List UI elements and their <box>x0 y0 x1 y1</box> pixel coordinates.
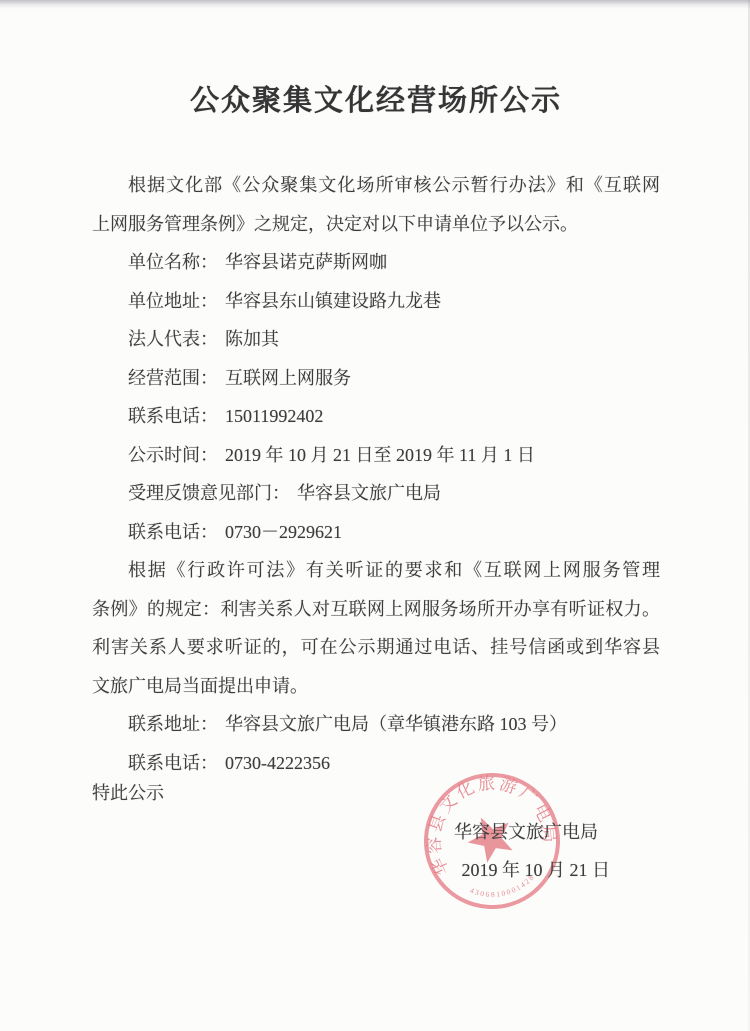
field-value: 华容县诺克萨斯网咖 <box>225 252 387 272</box>
field-value: 0730-4222356 <box>225 753 330 773</box>
field-value: 互联网上网服务 <box>225 368 351 388</box>
signature-date: 2019 年 10 月 21 日 <box>92 851 610 890</box>
field-value: 0730－2929621 <box>225 522 342 542</box>
field-legal-representative: 法人代表：陈加其 <box>92 320 660 359</box>
field-unit-address: 单位地址：华容县东山镇建设路九龙巷 <box>92 282 660 321</box>
field-feedback-department: 受理反馈意见部门：华容县文旅广电局 <box>92 474 660 513</box>
field-label: 联系电话： <box>128 753 218 773</box>
field-label: 公示时间： <box>128 445 218 465</box>
field-label: 联系电话： <box>128 406 218 426</box>
hearing-line: 条例》的规定：利害关系人对互联网上网服务场所开办享有听证权力。 <box>92 590 660 629</box>
field-label: 单位名称： <box>128 252 218 272</box>
field-publicity-period: 公示时间：2019 年 10 月 21 日至 2019 年 11 月 1 日 <box>92 436 660 475</box>
hearing-line: 根据《行政许可法》有关听证的要求和《互联网上网服务管理 <box>92 551 660 590</box>
scan-top-shadow <box>0 0 750 9</box>
field-label: 经营范围： <box>128 368 218 388</box>
field-business-scope: 经营范围：互联网上网服务 <box>92 359 660 398</box>
field-value: 华容县东山镇建设路九龙巷 <box>225 291 441 311</box>
field-label: 受理反馈意见部门： <box>128 483 290 503</box>
field-value: 华容县文旅广电局 <box>297 483 441 503</box>
field-contact-address: 联系地址：华容县文旅广电局（章华镇港东路 103 号） <box>92 705 660 744</box>
field-label: 联系地址： <box>128 714 218 734</box>
field-value: 陈加其 <box>225 329 279 349</box>
field-label: 联系电话： <box>128 522 218 542</box>
page-title: 公众聚集文化经营场所公示 <box>92 78 660 124</box>
field-label: 单位地址： <box>128 291 218 311</box>
field-value: 15011992402 <box>225 406 323 426</box>
hearing-line: 文旅广电局当面提出申请。 <box>92 667 660 706</box>
field-unit-name: 单位名称：华容县诺克萨斯网咖 <box>92 243 660 282</box>
field-value: 2019 年 10 月 21 日至 2019 年 11 月 1 日 <box>225 445 535 465</box>
field-label: 法人代表： <box>128 329 218 349</box>
field-feedback-phone: 联系电话：0730－2929621 <box>92 513 660 552</box>
intro-line: 上网服务管理条例》之规定，决定对以下申请单位予以公示。 <box>92 205 660 244</box>
signature-block: 华容县文旅广电局 2019 年 10 月 21 日 <box>92 813 660 890</box>
hearing-line: 利害关系人要求听证的，可在公示期通过电话、挂号信函或到华容县 <box>92 628 660 667</box>
scanned-notice-page: 公众聚集文化经营场所公示 根据文化部《公众聚集文化场所审核公示暂行办法》和《互联… <box>0 0 750 1031</box>
field-contact-phone: 联系电话：15011992402 <box>92 397 660 436</box>
field-value: 华容县文旅广电局（章华镇港东路 103 号） <box>225 714 567 734</box>
signature-org: 华容县文旅广电局 <box>92 813 598 852</box>
intro-line: 根据文化部《公众聚集文化场所审核公示暂行办法》和《互联网 <box>92 166 660 205</box>
